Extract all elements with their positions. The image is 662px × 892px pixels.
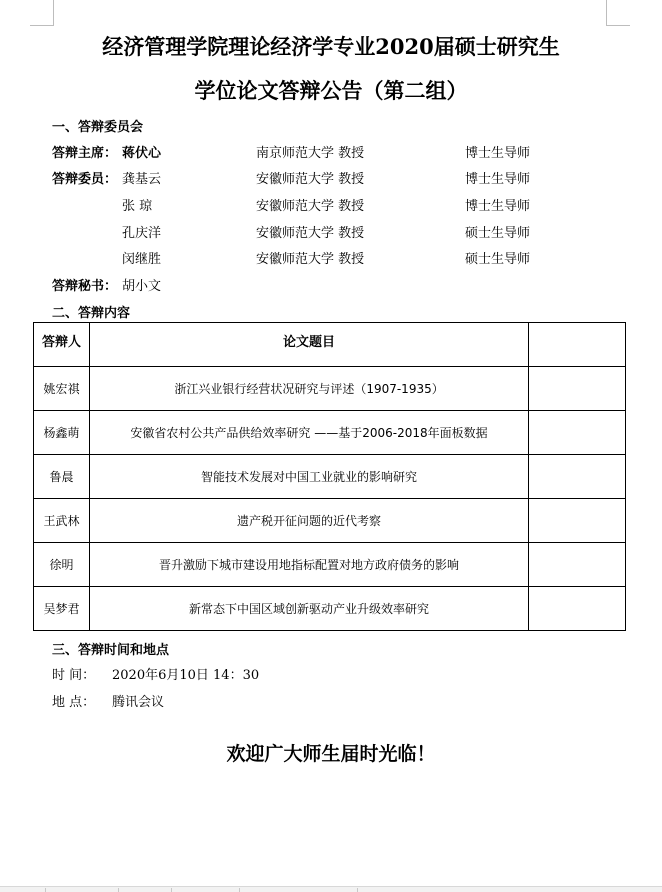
status-bar <box>0 886 662 892</box>
member-affiliation: 南京师范大学 教授 <box>256 142 364 161</box>
member-name: 孔庆洋 <box>122 222 161 241</box>
member-role: 答辩主席： <box>52 142 117 161</box>
table-row: 鲁晨 智能技术发展对中国工业就业的影响研究 <box>34 455 626 499</box>
document-title-line-2: 学位论文答辩公告（第二组） <box>0 75 662 105</box>
cell-candidate: 姚宏祺 <box>34 367 90 411</box>
table-header-row: 答辩人 论文题目 <box>34 323 626 367</box>
committee-member-row: 张 琼 安徽师范大学 教授 博士生导师 <box>52 195 612 217</box>
page-corner-mark-top-left <box>30 0 54 26</box>
member-affiliation: 安徽师范大学 教授 <box>256 168 364 187</box>
member-name: 闵继胜 <box>122 248 161 267</box>
welcome-message: 欢迎广大师生届时光临！ <box>0 739 662 766</box>
cell-thesis: 晋升激励下城市建设用地指标配置对地方政府债务的影响 <box>89 543 528 587</box>
status-bar-divider <box>45 888 46 892</box>
table-row: 徐明 晋升激励下城市建设用地指标配置对地方政府债务的影响 <box>34 543 626 587</box>
member-affiliation: 安徽师范大学 教授 <box>256 195 364 214</box>
defense-schedule-table: 答辩人 论文题目 姚宏祺 浙江兴业银行经营状况研究与评述（1907-1935） … <box>33 322 626 631</box>
member-supervisor-title: 硕士生导师 <box>465 222 530 241</box>
section-heading-committee: 一、答辩委员会 <box>52 116 143 135</box>
member-name: 张 琼 <box>122 195 152 214</box>
column-header-candidate: 答辩人 <box>34 323 90 367</box>
member-affiliation: 安徽师范大学 教授 <box>256 222 364 241</box>
document-title-line-1: 经济管理学院理论经济学专业2020届硕士研究生 <box>0 31 662 61</box>
section-heading-time-place: 三、答辩时间和地点 <box>52 639 169 658</box>
member-supervisor-title: 博士生导师 <box>465 142 530 161</box>
table-row: 吴梦君 新常态下中国区域创新驱动产业升级效率研究 <box>34 587 626 631</box>
place-value: 腾讯会议 <box>112 695 164 710</box>
cell-note <box>529 455 626 499</box>
cell-thesis: 安徽省农村公共产品供给效率研究 ——基于2006-2018年面板数据 <box>89 411 528 455</box>
time-label: 时 间： <box>52 664 112 683</box>
status-bar-divider <box>357 888 358 892</box>
member-supervisor-title: 博士生导师 <box>465 168 530 187</box>
committee-member-row: 闵继胜 安徽师范大学 教授 硕士生导师 <box>52 248 612 270</box>
cell-note <box>529 411 626 455</box>
cell-note <box>529 587 626 631</box>
place-label: 地 点： <box>52 691 112 710</box>
column-header-thesis: 论文题目 <box>89 323 528 367</box>
member-supervisor-title: 硕士生导师 <box>465 248 530 267</box>
cell-candidate: 吴梦君 <box>34 587 90 631</box>
member-name: 蒋伏心 <box>122 142 161 161</box>
table-row: 杨鑫萌 安徽省农村公共产品供给效率研究 ——基于2006-2018年面板数据 <box>34 411 626 455</box>
committee-member-row: 答辩委员： 龚基云 安徽师范大学 教授 博士生导师 <box>52 168 612 190</box>
cell-thesis: 浙江兴业银行经营状况研究与评述（1907-1935） <box>89 367 528 411</box>
defense-place: 地 点：腾讯会议 <box>52 691 164 710</box>
cell-note <box>529 543 626 587</box>
secretary-name: 胡小文 <box>122 275 161 294</box>
table-row: 姚宏祺 浙江兴业银行经营状况研究与评述（1907-1935） <box>34 367 626 411</box>
time-value: 2020年6月10日 14：30 <box>112 668 259 683</box>
cell-thesis: 智能技术发展对中国工业就业的影响研究 <box>89 455 528 499</box>
cell-candidate: 王武林 <box>34 499 90 543</box>
page-corner-mark-top-right <box>606 0 630 26</box>
secretary-role: 答辩秘书： <box>52 275 117 294</box>
member-supervisor-title: 博士生导师 <box>465 195 530 214</box>
member-affiliation: 安徽师范大学 教授 <box>256 248 364 267</box>
cell-note <box>529 367 626 411</box>
cell-thesis: 新常态下中国区域创新驱动产业升级效率研究 <box>89 587 528 631</box>
cell-thesis: 遗产税开征问题的近代考察 <box>89 499 528 543</box>
member-role: 答辩委员： <box>52 168 117 187</box>
cell-candidate: 徐明 <box>34 543 90 587</box>
committee-secretary-row: 答辩秘书： 胡小文 <box>52 275 612 297</box>
table-row: 王武林 遗产税开征问题的近代考察 <box>34 499 626 543</box>
member-name: 龚基云 <box>122 168 161 187</box>
column-header-blank <box>529 323 626 367</box>
status-bar-divider <box>171 888 172 892</box>
status-bar-divider <box>239 888 240 892</box>
cell-candidate: 鲁晨 <box>34 455 90 499</box>
defense-time: 时 间：2020年6月10日 14：30 <box>52 664 259 683</box>
cell-candidate: 杨鑫萌 <box>34 411 90 455</box>
committee-member-row: 孔庆洋 安徽师范大学 教授 硕士生导师 <box>52 222 612 244</box>
section-heading-content: 二、答辩内容 <box>52 302 130 321</box>
cell-note <box>529 499 626 543</box>
status-bar-divider <box>118 888 119 892</box>
committee-member-row: 答辩主席： 蒋伏心 南京师范大学 教授 博士生导师 <box>52 142 612 164</box>
